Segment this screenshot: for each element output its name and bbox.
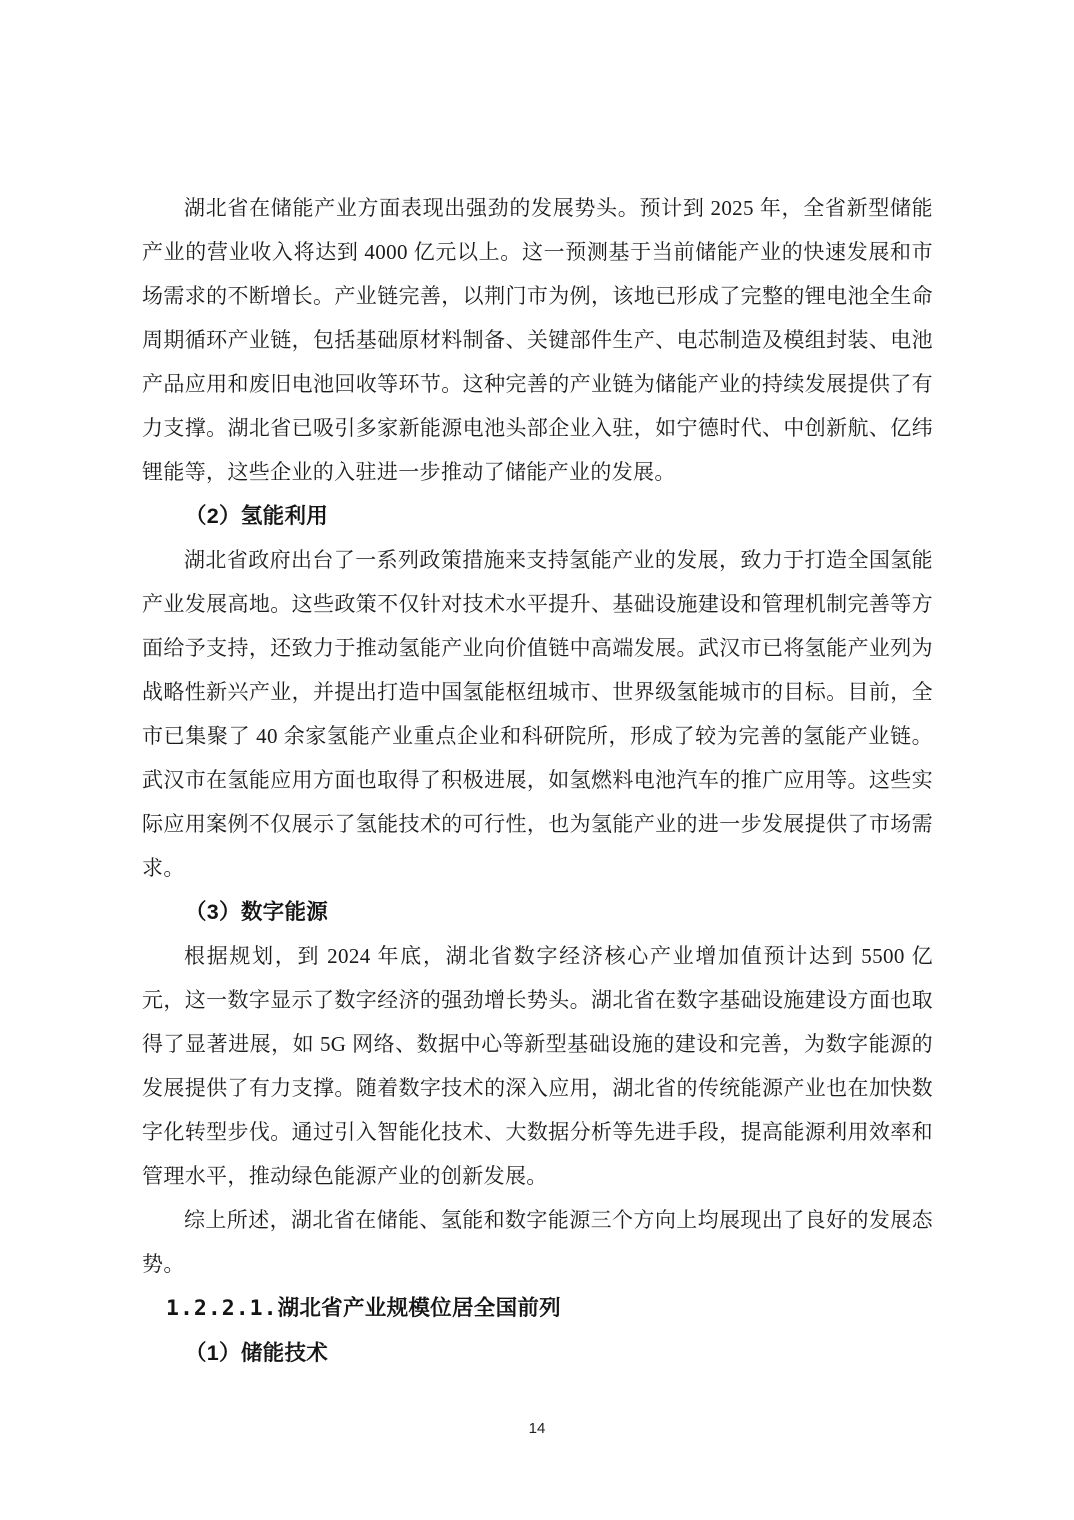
- paragraph-digital-energy: 根据规划，到 2024 年底，湖北省数字经济核心产业增加值预计达到 5500 亿…: [142, 934, 933, 1198]
- section-title-text: 湖北省产业规模位居全国前列: [278, 1296, 561, 1320]
- section-number: 1.2.2.1.: [166, 1296, 278, 1321]
- document-body: 湖北省在储能产业方面表现出强劲的发展势头。预计到 2025 年，全省新型储能产业…: [142, 186, 933, 1375]
- paragraph-storage-industry-overview: 湖北省在储能产业方面表现出强劲的发展势头。预计到 2025 年，全省新型储能产业…: [142, 186, 933, 494]
- heading-section-1-2-2-1: 1.2.2.1.湖北省产业规模位居全国前列: [142, 1286, 933, 1331]
- heading-storage-technology: （1）储能技术: [142, 1331, 933, 1375]
- page-number: 14: [529, 1420, 546, 1437]
- heading-hydrogen-utilization: （2）氢能利用: [142, 494, 933, 538]
- page-footer: 14: [0, 1418, 1074, 1440]
- document-page: 湖北省在储能产业方面表现出强劲的发展势头。预计到 2025 年，全省新型储能产业…: [0, 0, 1074, 1520]
- heading-digital-energy: （3）数字能源: [142, 890, 933, 934]
- paragraph-hydrogen-industry: 湖北省政府出台了一系列政策措施来支持氢能产业的发展，致力于打造全国氢能产业发展高…: [142, 538, 933, 890]
- paragraph-summary: 综上所述，湖北省在储能、氢能和数字能源三个方向上均展现出了良好的发展态势。: [142, 1198, 933, 1286]
